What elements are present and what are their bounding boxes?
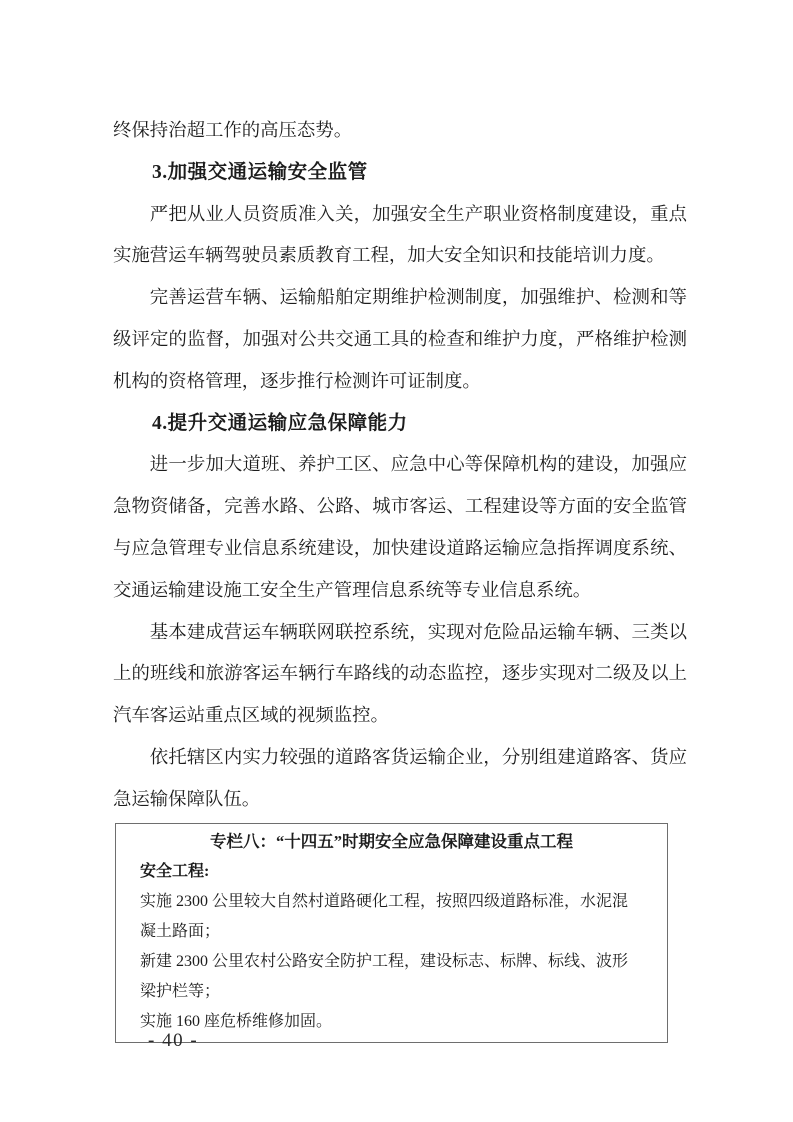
callout-box-item-1: 实施 2300 公里较大自然村道路硬化工程，按照四级道路标准，水泥混凝土路面； — [140, 887, 643, 947]
section-4-heading: 4.提升交通运输应急保障能力 — [113, 403, 687, 445]
callout-box-item-2: 新建 2300 公里农村公路安全防护工程，建设标志、标牌、标线、波形梁护栏等； — [140, 947, 643, 1007]
document-page: 终保持治超工作的高压态势。 3.加强交通运输安全监管 严把从业人员资质准入关，加… — [0, 0, 793, 1122]
section-4-paragraph-1: 进一步加大道班、养护工区、应急中心等保障机构的建设，加强应急物资储备，完善水路、… — [113, 444, 687, 611]
section-3-heading: 3.加强交通运输安全监管 — [113, 152, 687, 194]
continuation-paragraph: 终保持治超工作的高压态势。 — [113, 110, 687, 152]
callout-box: 专栏八：“十四五”时期安全应急保障建设重点工程 安全工程: 实施 2300 公里… — [115, 823, 668, 1043]
content-area: 终保持治超工作的高压态势。 3.加强交通运输安全监管 严把从业人员资质准入关，加… — [113, 110, 687, 1043]
callout-box-title: 专栏八：“十四五”时期安全应急保障建设重点工程 — [140, 827, 643, 857]
section-4-paragraph-3: 依托辖区内实力较强的道路客货运输企业，分别组建道路客、货应急运输保障队伍。 — [113, 737, 687, 821]
section-4-paragraph-2: 基本建成营运车辆联网联控系统，实现对危险品运输车辆、三类以上的班线和旅游客运车辆… — [113, 612, 687, 737]
section-3-paragraph-1: 严把从业人员资质准入关，加强安全生产职业资格制度建设，重点实施营运车辆驾驶员素质… — [113, 194, 687, 278]
section-3-paragraph-2: 完善运营车辆、运输船舶定期维护检测制度，加强维护、检测和等级评定的监督，加强对公… — [113, 277, 687, 402]
callout-box-subtitle: 安全工程: — [140, 857, 643, 887]
page-number: - 40 - — [148, 1029, 198, 1053]
callout-box-item-3: 实施 160 座危桥维修加固。 — [140, 1007, 643, 1037]
